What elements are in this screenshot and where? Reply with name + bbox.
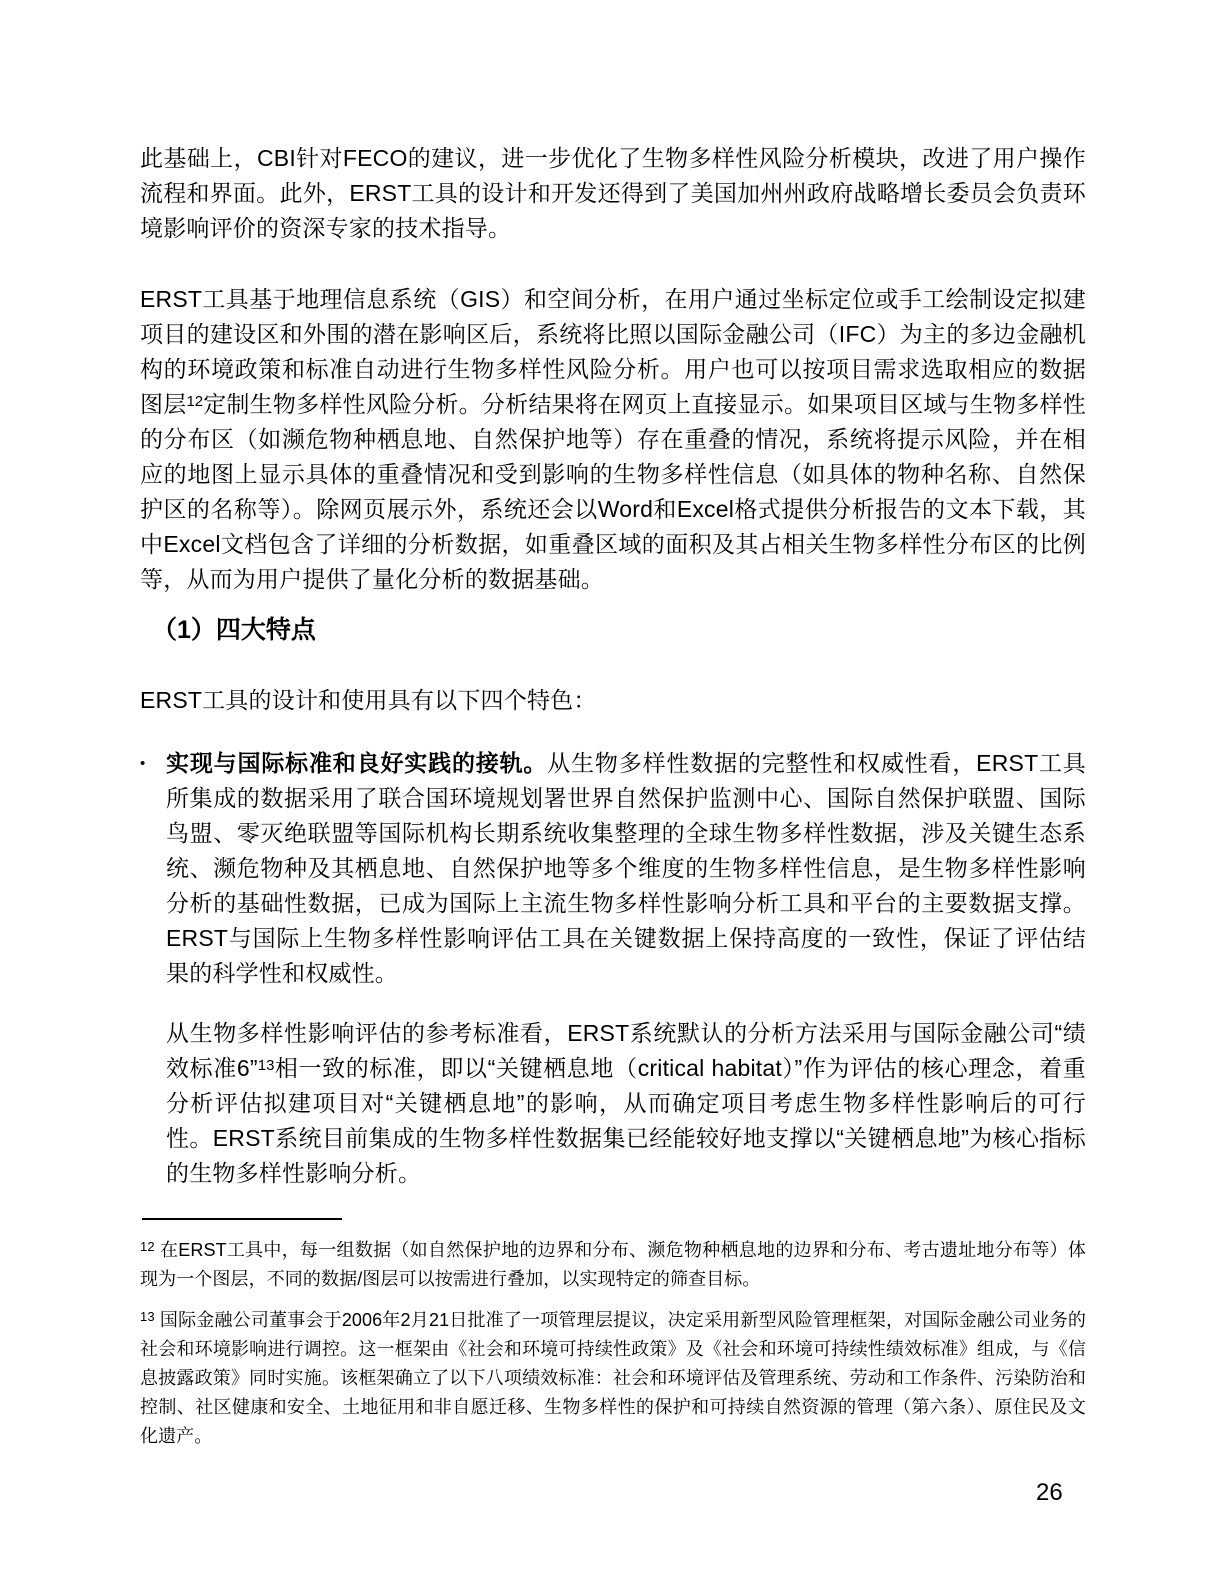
bullet-paragraph-2-segment-2: 相一致的标准，即以“关键栖息地（critical habitat）”作为评估的核… bbox=[166, 1055, 1086, 1186]
footnotes-section: 12 在ERST工具中，每一组数据（如自然保护地的边界和分布、濒危物种栖息地的边… bbox=[140, 1218, 1086, 1451]
footnote-12-text: 在ERST工具中，每一组数据（如自然保护地的边界和分布、濒危物种栖息地的边界和分… bbox=[140, 1240, 1086, 1289]
paragraph-erst-gis-segment-2: 定制生物多样性风险分析。分析结果将在网页上直接显示。如果项目区域与生物多样性的分… bbox=[140, 391, 1086, 592]
bullet-item-international-standards: • 实现与国际标准和良好实践的接轨。从生物多样性数据的完整性和权威性看，ERST… bbox=[140, 746, 1086, 1191]
bullet-paragraph-1: 实现与国际标准和良好实践的接轨。从生物多样性数据的完整性和权威性看，ERST工具… bbox=[166, 746, 1086, 991]
page-number: 26 bbox=[1036, 1478, 1063, 1508]
footnote-reference-13: 13 bbox=[258, 1057, 275, 1074]
footnote-13-text: 国际金融公司董事会于2006年2月21日批准了一项管理层提议，决定采用新型风险管… bbox=[140, 1310, 1086, 1446]
footnote-12: 12 在ERST工具中，每一组数据（如自然保护地的边界和分布、濒危物种栖息地的边… bbox=[140, 1236, 1086, 1294]
bullet-body: 实现与国际标准和良好实践的接轨。从生物多样性数据的完整性和权威性看，ERST工具… bbox=[166, 746, 1086, 1191]
page-content: 此基础上，CBI针对FECO的建议，进一步优化了生物多样性风险分析模块，改进了用… bbox=[140, 141, 1086, 1451]
bullet-icon: • bbox=[140, 746, 166, 1191]
footnote-13: 13 国际金融公司董事会于2006年2月21日批准了一项管理层提议，决定采用新型… bbox=[140, 1306, 1086, 1451]
section-heading-four-features: （1）四大特点 bbox=[152, 613, 1086, 648]
document-page: 此基础上，CBI针对FECO的建议，进一步优化了生物多样性风险分析模块，改进了用… bbox=[0, 0, 1224, 1584]
paragraph-erst-gis: ERST工具基于地理信息系统（GIS）和空间分析，在用户通过坐标定位或手工绘制设… bbox=[140, 282, 1086, 597]
footnote-12-marker: 12 bbox=[140, 1239, 155, 1254]
footnote-separator-rule bbox=[142, 1218, 342, 1220]
bullet-paragraph-2: 从生物多样性影响评估的参考标准看，ERST系统默认的分析方法采用与国际金融公司“… bbox=[166, 1016, 1086, 1191]
footnote-13-marker: 13 bbox=[140, 1309, 155, 1324]
footnote-reference-12: 12 bbox=[186, 393, 203, 410]
paragraph-intro-four-features: ERST工具的设计和使用具有以下四个特色： bbox=[140, 683, 1086, 718]
paragraph-cbi-feco: 此基础上，CBI针对FECO的建议，进一步优化了生物多样性风险分析模块，改进了用… bbox=[140, 141, 1086, 246]
bullet-bold-lead: 实现与国际标准和良好实践的接轨。 bbox=[166, 750, 547, 776]
bullet-paragraph-1-text: 从生物多样性数据的完整性和权威性看，ERST工具所集成的数据采用了联合国环境规划… bbox=[166, 750, 1086, 986]
